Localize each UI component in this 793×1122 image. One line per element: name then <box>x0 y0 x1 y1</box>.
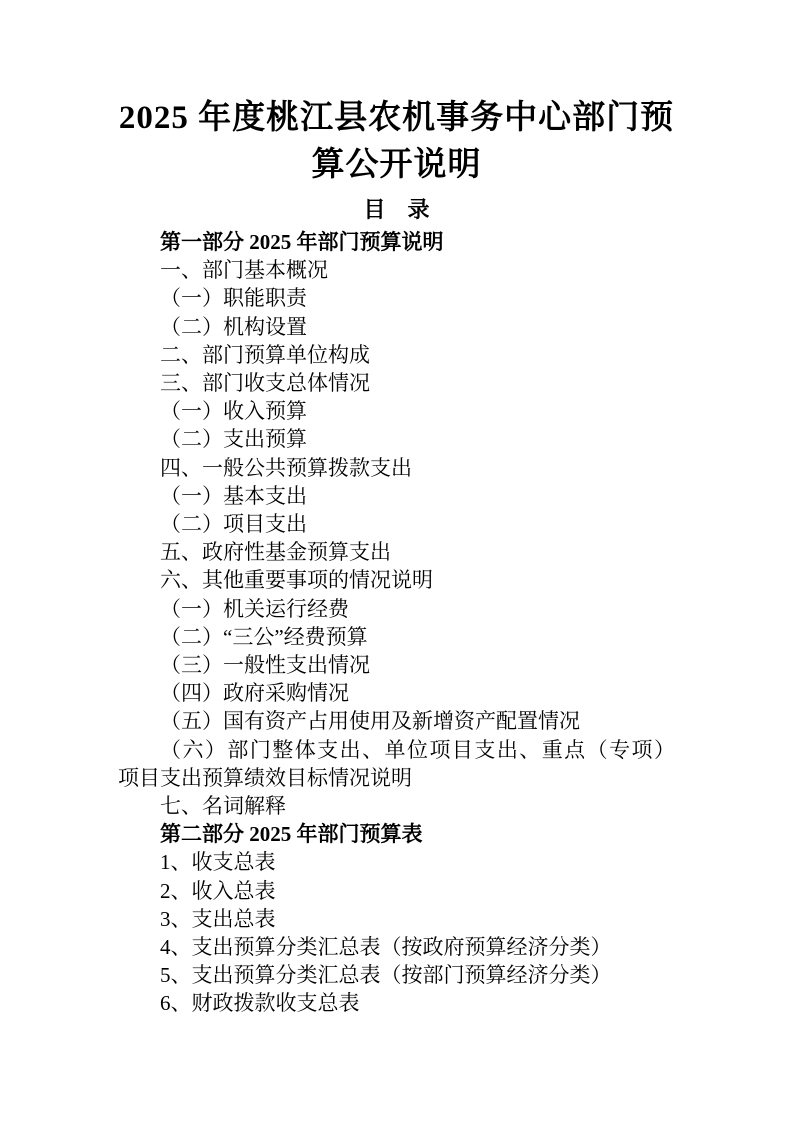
toc-item-part1-header: 第一部分 2025 年部门预算说明 <box>118 228 675 256</box>
toc-item: （一）收入预算 <box>118 397 675 425</box>
toc-item: （四）政府采购情况 <box>118 679 675 707</box>
toc-item: （一）机关运行经费 <box>118 595 675 623</box>
toc-item: （二）项目支出 <box>118 510 675 538</box>
toc-item-wrapped-first-line: （六）部门整体支出、单位项目支出、重点（专项） <box>118 736 675 764</box>
toc-item: （二）支出预算 <box>118 425 675 453</box>
toc-heading: 目 录 <box>0 196 793 224</box>
document-page: 2025 年度桃江县农机事务中心部门预 算公开说明 目 录 第一部分 2025 … <box>0 0 793 1122</box>
toc-item: （五）国有资产占用使用及新增资产配置情况 <box>118 707 675 735</box>
toc-item: 五、政府性基金预算支出 <box>118 538 675 566</box>
page-title-line1: 2025 年度桃江县农机事务中心部门预 <box>119 100 674 136</box>
toc-item: 一、部门基本概况 <box>118 256 675 284</box>
toc-item: 5、支出预算分类汇总表（按部门预算经济分类） <box>118 961 675 989</box>
toc-item: （一）基本支出 <box>118 482 675 510</box>
toc-item: 1、收支总表 <box>118 848 675 876</box>
toc-item: 4、支出预算分类汇总表（按政府预算经济分类） <box>118 933 675 961</box>
toc-item: 2、收入总表 <box>118 877 675 905</box>
toc-item: 七、名词解释 <box>118 792 675 820</box>
toc-item: （二）机构设置 <box>118 313 675 341</box>
table-of-contents: 第一部分 2025 年部门预算说明 一、部门基本概况 （一）职能职责 （二）机构… <box>0 228 793 1018</box>
toc-item: 四、一般公共预算拨款支出 <box>118 454 675 482</box>
toc-item: 二、部门预算单位构成 <box>118 341 675 369</box>
page-title-line2: 算公开说明 <box>312 147 482 183</box>
toc-item: 3、支出总表 <box>118 905 675 933</box>
toc-item: （二）“三公”经费预算 <box>118 623 675 651</box>
toc-item: （一）职能职责 <box>118 284 675 312</box>
toc-item-wrapped-continuation: 项目支出预算绩效目标情况说明 <box>118 764 675 792</box>
toc-item: （三）一般性支出情况 <box>118 651 675 679</box>
toc-item: 三、部门收支总体情况 <box>118 369 675 397</box>
page-title: 2025 年度桃江县农机事务中心部门预 算公开说明 <box>0 0 793 189</box>
toc-item: 6、财政拨款收支总表 <box>118 989 675 1017</box>
toc-item-part2-header: 第二部分 2025 年部门预算表 <box>118 820 675 848</box>
toc-item: 六、其他重要事项的情况说明 <box>118 566 675 594</box>
